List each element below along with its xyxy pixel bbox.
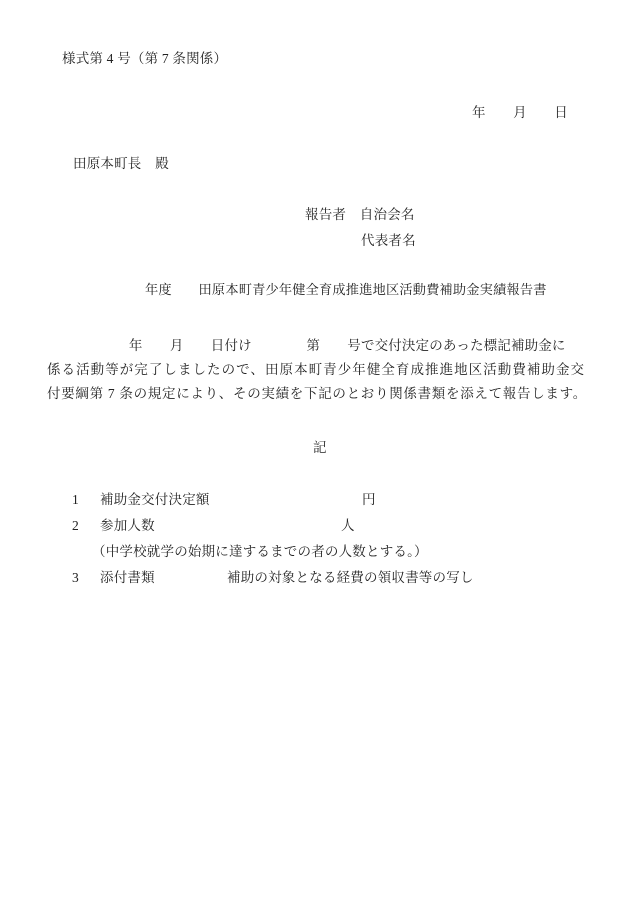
item-1-label: 補助金交付決定額: [100, 491, 210, 509]
document-page: 様式第 4 号（第 7 条関係） 年 月 日 田原本町長 殿 報告者 自治会名 …: [0, 0, 630, 903]
item-3-number: 3: [72, 569, 79, 587]
document-title: 年度 田原本町青少年健全育成推進地区活動費補助金実績報告書: [145, 281, 547, 299]
representative-name-line: 代表者名: [361, 232, 416, 250]
body-paragraph-line-2: 係る活動等が完了しましたので、田原本町青少年健全育成推進地区活動費補助金交: [47, 361, 592, 379]
item-2-note: （中学校就学の始期に達するまでの者の人数とする。）: [92, 543, 428, 561]
addressee-line: 田原本町長 殿: [73, 155, 169, 173]
body-paragraph-line-3: 付要綱第 7 条の規定により、その実績を下記のとおり関係書類を添えて報告します。: [47, 385, 592, 403]
body-paragraph-line-1: 年 月 日付け 第 号で交付決定のあった標記補助金に: [47, 337, 592, 355]
record-heading: 記: [313, 439, 327, 457]
reporter-association-line: 報告者 自治会名: [305, 206, 415, 224]
item-1-unit-yen: 円: [362, 491, 376, 509]
item-2-unit-persons: 人: [341, 517, 355, 535]
item-1-number: 1: [72, 491, 79, 509]
item-2-number: 2: [72, 517, 79, 535]
item-3-label: 添付書類: [100, 569, 155, 587]
form-number: 様式第 4 号（第 7 条関係）: [62, 50, 227, 68]
date-blank-line: 年 月 日: [472, 104, 568, 122]
item-2-label: 参加人数: [100, 517, 155, 535]
item-3-description: 補助の対象となる経費の領収書等の写し: [227, 569, 474, 587]
